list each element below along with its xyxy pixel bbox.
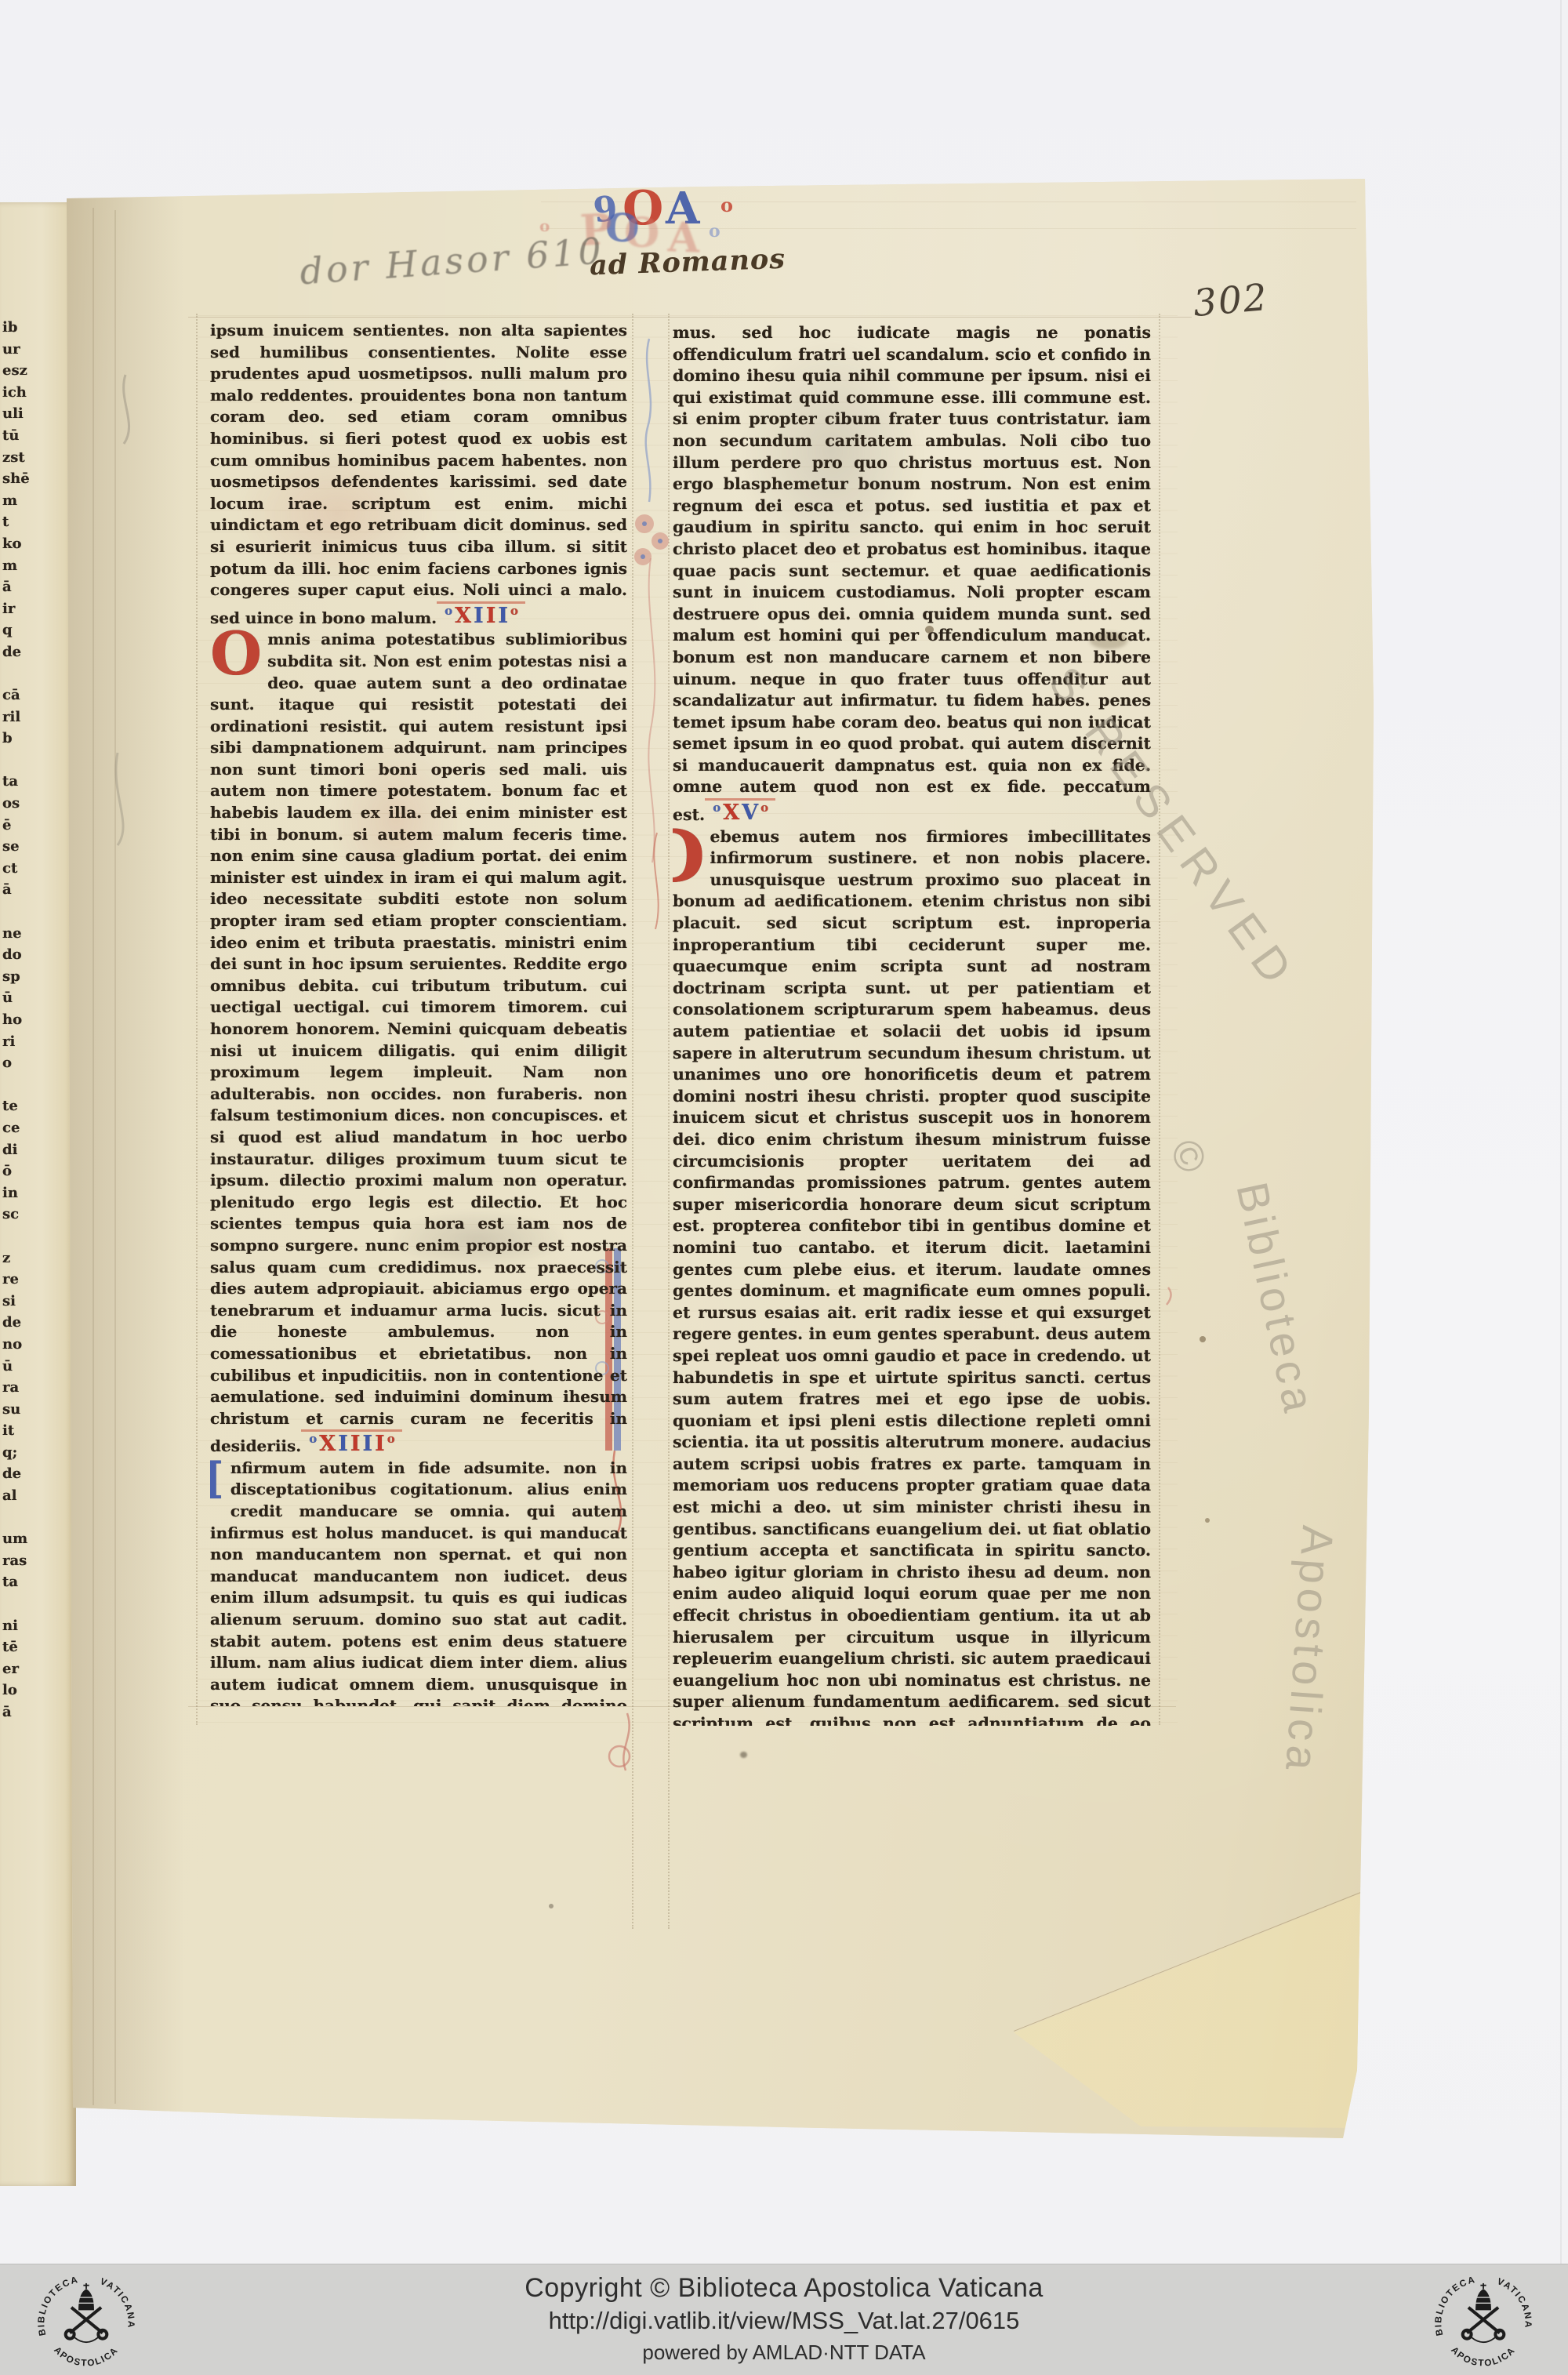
folio-number: 302 [1192,276,1270,325]
chapter-numeral: oXIIIo [437,601,525,628]
logo-arc-text: BIBLIOTECA [36,2275,80,2337]
footer-url[interactable]: http://digi.vatlib.it/view/MSS_Vat.lat.2… [0,2307,1568,2335]
vatican-library-logo: BIBLIOTECA VATICANA APOSTOLICA [1430,2268,1537,2374]
gutter-crease [93,208,94,2105]
digitized-manuscript-scan: ibureszichulitūzstshēmtkomāirqdecārilbta… [0,0,1568,2375]
footer-copyright: Copyright © Biblioteca Apostolica Vatica… [0,2273,1568,2304]
vatican-library-logo: BIBLIOTECA VATICANA APOSTOLICA [33,2268,140,2374]
manuscript-text-section: mus. sed hoc iudicate magis ne ponatis o… [673,322,1151,826]
ruling-line [668,314,670,1929]
svg-text:VATICANA: VATICANA [99,2276,136,2329]
svg-text:VATICANA: VATICANA [1496,2276,1534,2329]
manuscript-text-section: Infirmum autem in fide adsumite. non in … [210,1458,627,1706]
stain [1200,1336,1206,1342]
running-title-letter: o [720,196,733,215]
adjacent-sheet-edge [1560,0,1562,2264]
logo-arc-text: VATICANA [1496,2276,1534,2329]
logo-arc-text: APOSTOLICA [52,2345,120,2369]
logo-arc-text: BIBLIOTECA [1433,2275,1477,2337]
previous-page-text-fragments: ibureszichulitūzstshēmtkomāirqdecārilbta… [2,317,42,1723]
faded-annotation: dor Hasor 610 [299,229,606,292]
svg-text:BIBLIOTECA: BIBLIOTECA [36,2275,80,2337]
papal-keys-tiara-emblem [1463,2283,1504,2342]
illuminated-initial: D [673,826,710,886]
chapter-numeral: oXVo [705,798,775,825]
previous-page-edge: ibureszichulitūzstshēmtkomāirqdecārilbta… [0,202,76,2186]
illuminated-initial: I [210,1458,230,1502]
svg-text:APOSTOLICA: APOSTOLICA [1449,2345,1517,2369]
logo-arc-text: APOSTOLICA [1449,2345,1517,2369]
svg-text:BIBLIOTECA: BIBLIOTECA [1433,2275,1477,2337]
gutter-shadow [67,188,184,2117]
gutter-crease [114,210,116,2104]
manuscript-text-section: Debemus autem nos firmiores imbecillitat… [673,826,1151,1726]
svg-text:APOSTOLICA: APOSTOLICA [52,2345,120,2369]
manuscript-text-section: Omnis anima potestatibus sublimioribus s… [210,629,627,1458]
running-title-letter: o [709,223,720,240]
stain [1205,1518,1210,1523]
text-column-right: mus. sed hoc iudicate magis ne ponatis o… [673,322,1151,1726]
ruling-line [196,314,198,1725]
corner-fold-crease [1014,1890,1367,2032]
logo-arc-text: VATICANA [99,2276,136,2329]
manuscript-text-section: ipsum inuicem sentientes. non alta sapie… [210,320,627,629]
stain [740,1752,747,1758]
text-column-left: ipsum inuicem sentientes. non alta sapie… [210,320,627,1706]
footer-bar: Copyright © Biblioteca Apostolica Vatica… [0,2264,1568,2375]
papal-keys-tiara-emblem [66,2283,107,2342]
title-inscription: ad Romanos [589,243,786,282]
illuminated-initial: O [210,629,267,677]
manuscript-page: 9OAoOPOAoo ad Romanos dor Hasor 610 302 [0,0,1568,2375]
running-title-letter: o [539,218,550,234]
ruling-line [188,317,1192,318]
ruling-line [632,314,633,1929]
footer-powered-by: powered by AMLAD·NTT DATA [0,2341,1568,2365]
ruling-line [1159,314,1160,1725]
stain [549,1904,554,1908]
chapter-numeral: oXIIIIo [301,1429,402,1456]
